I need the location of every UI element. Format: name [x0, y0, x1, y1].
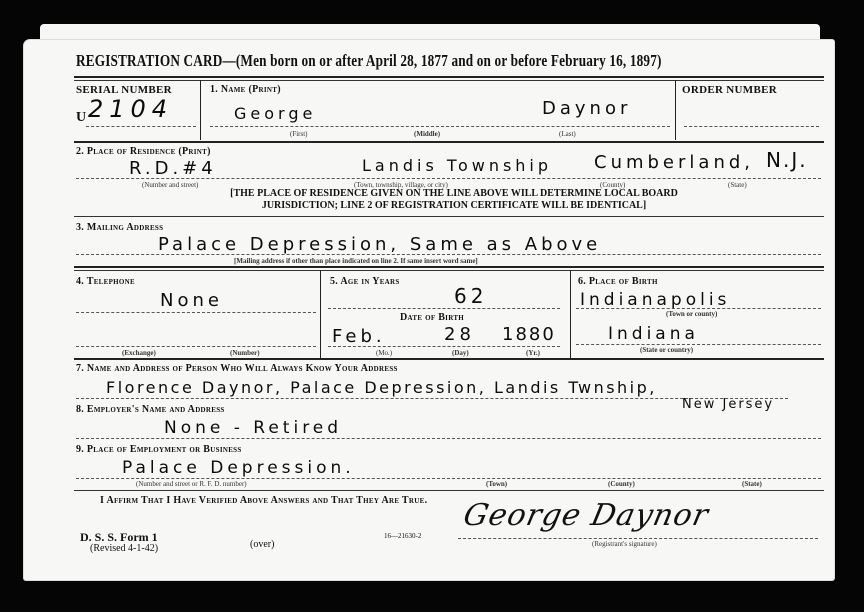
birth-month-sub: (Mo.): [376, 349, 392, 357]
employment-street-sub: (Number and street or R. F. D. number): [136, 480, 247, 488]
divider-phone-age: [320, 270, 321, 358]
row9-rule: [74, 490, 824, 491]
birth-day-value: 28: [444, 324, 475, 345]
age-label: 5. Age in Years: [330, 276, 400, 287]
employment-line: [76, 478, 821, 479]
birth-state-sub: (State or country): [640, 346, 693, 354]
serial-line: [86, 126, 196, 127]
print-code: 16—21630-2: [384, 532, 421, 540]
row1-rule: [74, 141, 824, 143]
birth-year-sub: (Yr.): [526, 349, 540, 357]
name-first-sub: (First): [290, 130, 308, 138]
signature-label: (Registrant's signature): [592, 540, 657, 548]
birth-town-sub: (Town or county): [666, 310, 717, 318]
name-line: [210, 126, 670, 127]
registration-card: REGISTRATION CARD—(Men born on or after …: [24, 40, 834, 580]
place-of-birth-label: 6. Place of Birth: [578, 276, 658, 287]
registrant-signature: George Daynor: [460, 498, 712, 533]
row3-rule: [74, 266, 824, 268]
residence-state-value: N.J.: [766, 148, 808, 172]
order-number-line: [684, 126, 819, 127]
name-middle-sub: (Middle): [414, 130, 440, 138]
residence-county-value: Cumberland,: [594, 152, 754, 173]
signature-line: [458, 538, 818, 539]
birth-state-value: Indiana: [608, 324, 699, 344]
residence-line: [76, 178, 821, 179]
divider-age-birthplace: [570, 270, 571, 358]
divider-name-order: [675, 80, 676, 140]
mailing-address-value: Palace Depression, Same as Above: [158, 234, 601, 255]
name-first-value: George: [234, 104, 316, 123]
serial-number-value: 2104: [88, 95, 173, 123]
age-value: 62: [454, 284, 487, 308]
birth-town-value: Indianapolis: [580, 290, 730, 310]
residence-note-line1: [THE PLACE OF RESIDENCE GIVEN ON THE LIN…: [144, 188, 764, 200]
name-last-sub: (Last): [559, 130, 576, 138]
row2-rule: [74, 216, 824, 217]
employment-state-sub: (State): [742, 480, 762, 488]
telephone-exchange-sub: (Exchange): [122, 349, 156, 357]
telephone-line-1: [76, 312, 316, 313]
mailing-address-label: 3. Mailing Address: [76, 222, 163, 233]
place-of-employment-value: Palace Depression.: [122, 458, 355, 478]
employer-line: [76, 438, 821, 439]
name-last-value: Daynor: [542, 98, 631, 119]
telephone-label: 4. Telephone: [76, 276, 135, 287]
divider-serial-name: [200, 80, 201, 140]
date-of-birth-label: Date of Birth: [400, 312, 464, 323]
card-title: REGISTRATION CARD—(Men born on or after …: [76, 51, 662, 71]
serial-prefix: U: [76, 110, 86, 126]
employment-town-sub: (Town): [486, 480, 507, 488]
contact-person-line1: Florence Daynor, Palace Depression, Land…: [106, 378, 657, 397]
over-label: (over): [250, 539, 274, 550]
row4-rule: [74, 358, 824, 360]
title-rule-2: [74, 80, 824, 81]
form-revised: (Revised 4-1-42): [90, 543, 158, 554]
telephone-value: None: [160, 290, 223, 311]
employment-county-sub: (County): [608, 480, 635, 488]
birth-year-value: 1880: [502, 324, 556, 345]
birth-day-sub: (Day): [452, 349, 469, 357]
place-of-employment-label: 9. Place of Employment or Business: [76, 444, 242, 455]
birth-line: [328, 346, 560, 347]
affirmation-text: I Affirm That I Have Verified Above Answ…: [100, 495, 427, 506]
residence-street-value: R.D.#4: [129, 158, 217, 179]
residence-town-value: Landis Township: [362, 156, 552, 175]
row3-rule-2: [74, 270, 824, 271]
order-number-label: ORDER NUMBER: [682, 84, 777, 96]
age-line: [328, 308, 560, 309]
mailing-address-sub: [Mailing address if other than place ind…: [234, 257, 478, 265]
birth-town-line: [576, 308, 821, 309]
employer-value: None - Retired: [164, 418, 342, 438]
telephone-line-2: [76, 346, 316, 347]
residence-label: 2. Place of Residence (Print): [76, 146, 211, 157]
title-rule: [74, 76, 824, 78]
contact-person-line2: New Jersey: [682, 397, 774, 412]
residence-note-line2: JURISDICTION; LINE 2 OF REGISTRATION CER…: [144, 200, 764, 212]
birth-state-line: [576, 344, 821, 345]
telephone-number-sub: (Number): [230, 349, 260, 357]
employer-label: 8. Employer's Name and Address: [76, 404, 225, 415]
mailing-line: [76, 254, 821, 255]
contact-person-label: 7. Name and Address of Person Who Will A…: [76, 363, 398, 374]
birth-month-value: Feb.: [332, 326, 386, 347]
name-label: 1. Name (Print): [210, 84, 281, 95]
